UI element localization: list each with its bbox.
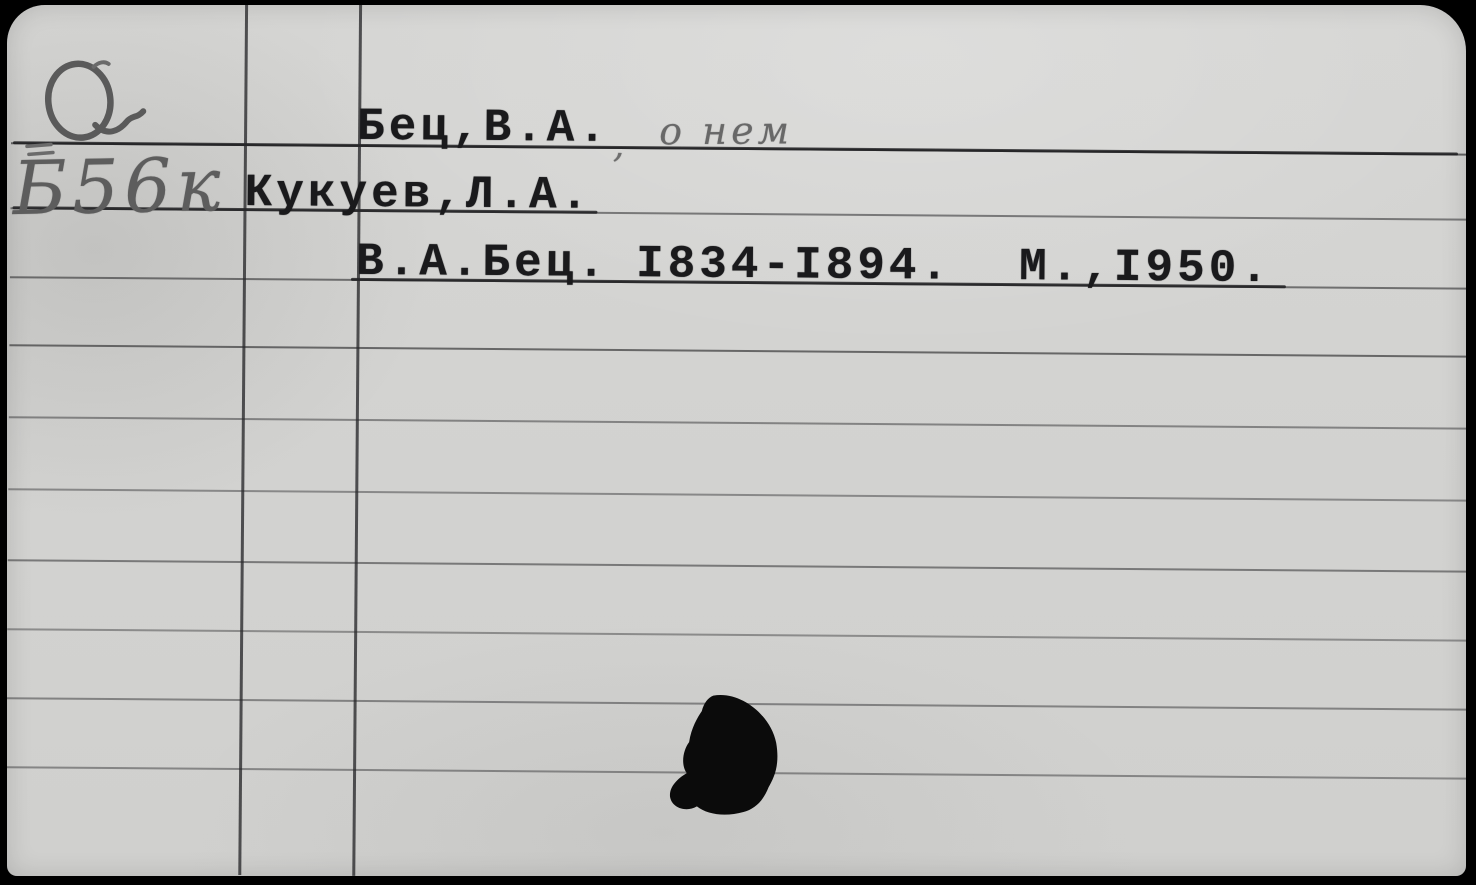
column-divider xyxy=(238,5,248,875)
dates-entry: I834-I894. xyxy=(636,241,952,289)
author-entry: Кукуев,Л.А. xyxy=(244,170,592,219)
handwritten-q-mark xyxy=(35,54,154,150)
catalog-card: Б56к Бец,В.А. , о нем Кукуев,Л.А. В.А.Бе… xyxy=(7,5,1466,876)
handwritten-note: о нем xyxy=(659,108,793,153)
rule-line xyxy=(8,559,1466,573)
rule-line xyxy=(9,344,1466,358)
ink-blot xyxy=(666,691,781,818)
imprint-entry: М.,I950. xyxy=(1019,244,1272,292)
call-number: Б56к xyxy=(12,142,226,232)
title-entry: В.А.Бец. xyxy=(356,239,609,287)
rule-line xyxy=(9,416,1466,430)
rule-line xyxy=(7,628,1466,642)
photographed-catalog-card-scan: { "scan": { "background_color": "#000000… xyxy=(0,0,1476,885)
rule-line xyxy=(8,488,1466,502)
handwritten-comma: , xyxy=(613,125,625,166)
heading-author: Бец,В.А. xyxy=(357,104,610,152)
card-content: Б56к Бец,В.А. , о нем Кукуев,Л.А. В.А.Бе… xyxy=(7,5,1466,876)
